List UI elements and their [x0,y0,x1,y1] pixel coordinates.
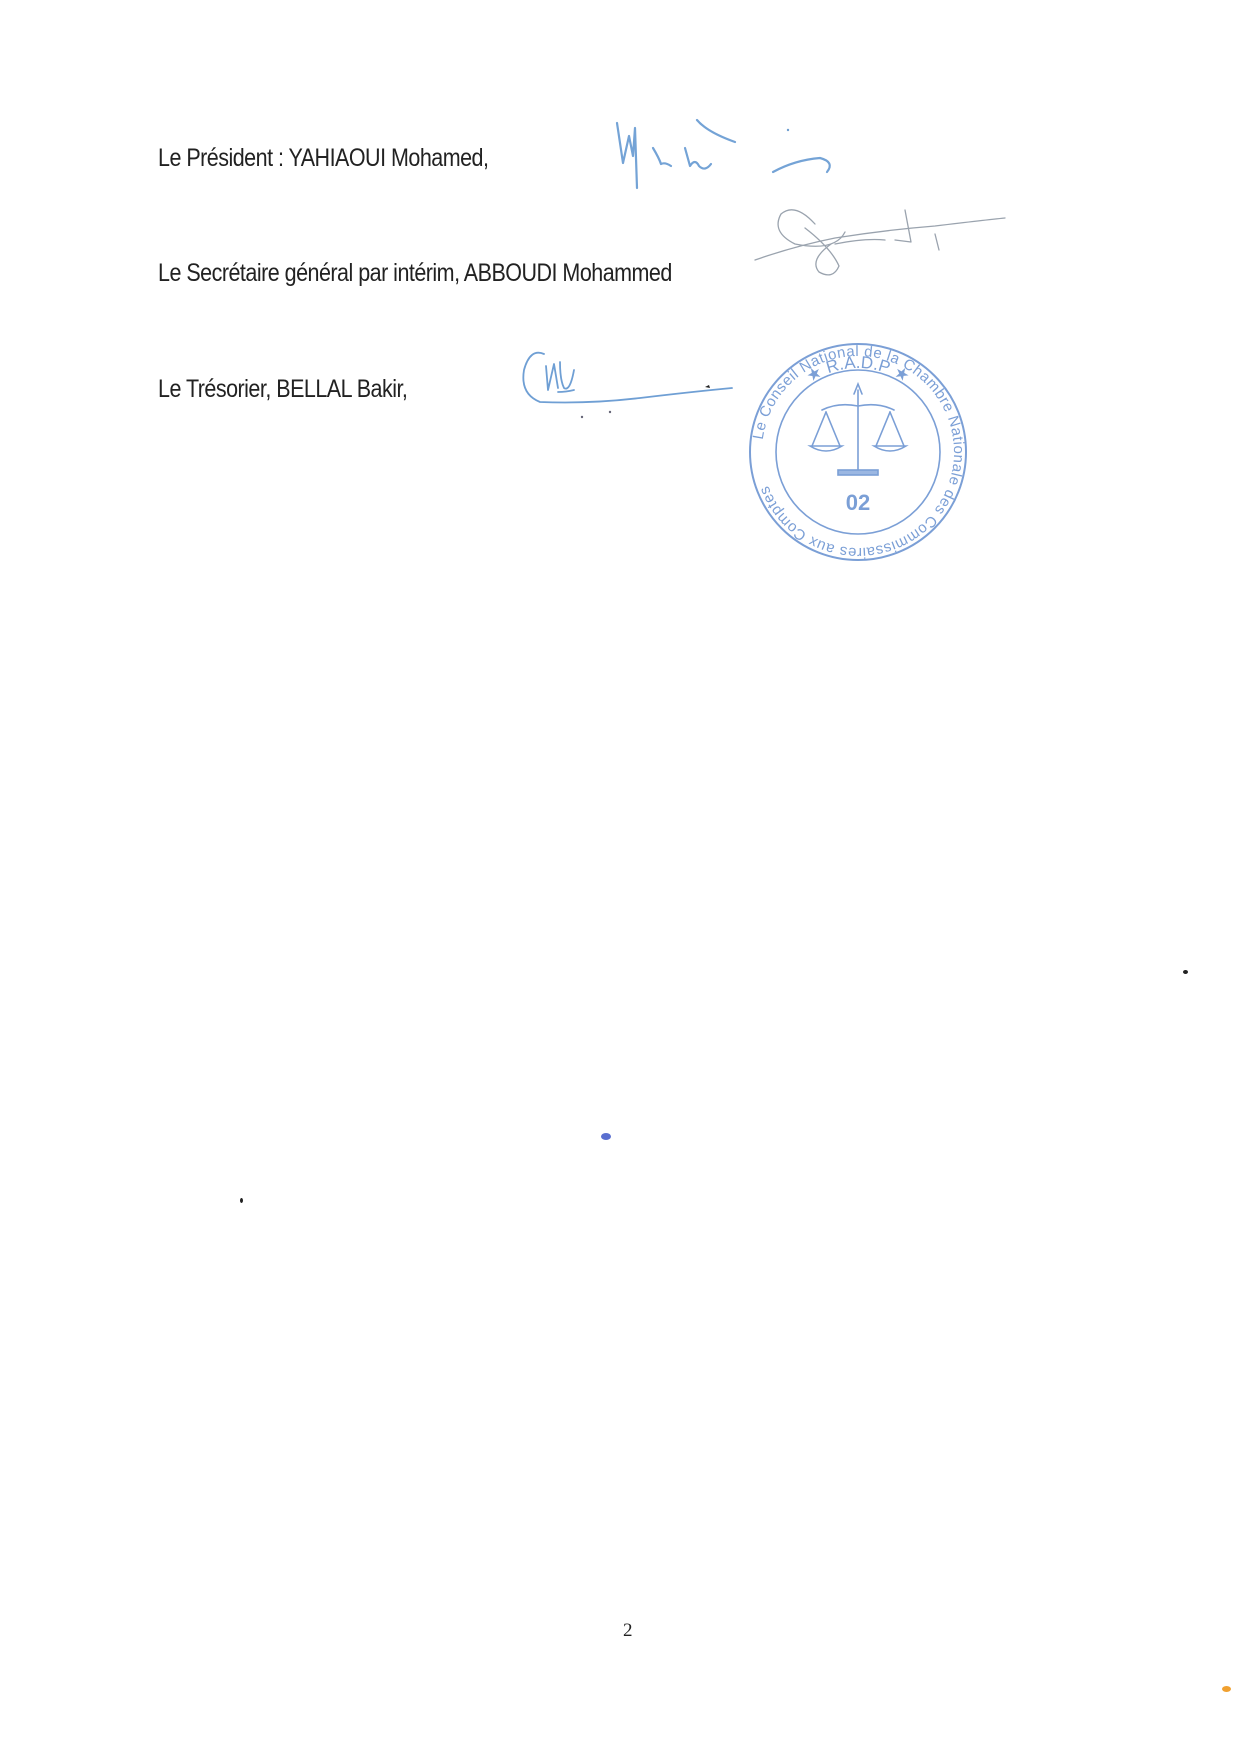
ink-blot [601,1133,611,1140]
secretary-signature [735,192,1015,282]
president-signature [595,108,845,198]
secretary-general-line: Le Secrétaire général par intérim, ABBOU… [158,259,672,288]
president-line: Le Président : YAHIAOUI Mohamed, [158,144,488,173]
treasurer-signature [500,340,740,430]
page-number: 2 [623,1620,633,1642]
document-page: Le Président : YAHIAOUI Mohamed, Le Secr… [0,0,1240,1754]
scan-speck [1183,970,1188,974]
scan-speck [240,1198,243,1203]
treasurer-line: Le Trésorier, BELLAL Bakir, [158,375,407,404]
official-stamp: Le Conseil National de la Chambre Nation… [738,332,978,572]
stamp-number: 02 [846,490,870,515]
scales-of-justice-icon [810,384,906,475]
orange-mark [1222,1686,1231,1692]
